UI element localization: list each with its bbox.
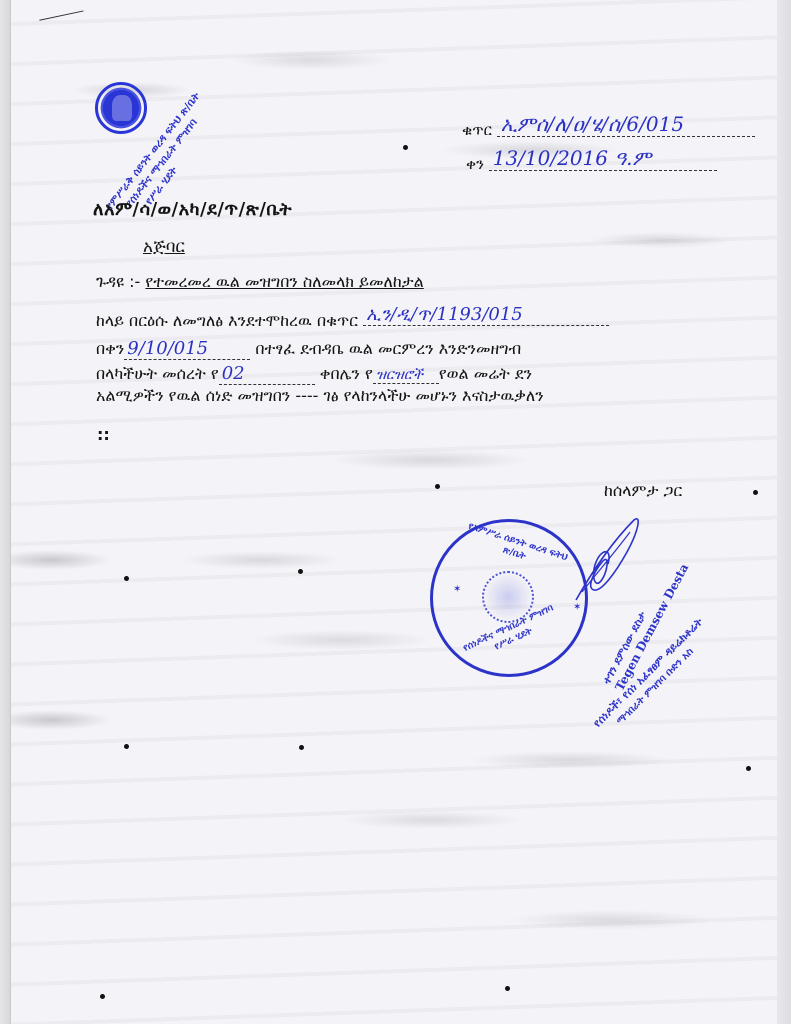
body-text: አልሚዎችን የዉል ሰነድ መዝግበን ---- ገፅ የላከንላችሁ መሆኑ… xyxy=(96,386,544,405)
scan-speck xyxy=(124,744,129,749)
subject-text: የተመረመረ ዉል መዝግበን ስለመላክ ይመለከታል xyxy=(145,272,423,291)
body-line-3: በላካችሁት መሰረት የ02 ቀበሌን የዝርዝሮችየወል መሬት ደን xyxy=(96,363,532,385)
seal-star-icon: ✶ xyxy=(453,584,461,595)
scan-mark xyxy=(39,10,85,30)
reference-letter-date: 9/10/015 xyxy=(124,338,250,360)
scan-speck xyxy=(124,576,129,581)
salutation: አጅባር xyxy=(143,237,185,257)
scan-speck xyxy=(505,986,510,991)
scan-speck xyxy=(298,569,303,574)
body-text: በተፃፈ ደብዳቤ ዉል መርምረን እንድንመዘግብ xyxy=(255,339,521,358)
reference-number-label: ቁጥር xyxy=(462,121,492,139)
kebele-name: ዝርዝሮች xyxy=(373,367,439,384)
body-text: ከላይ በርዕሱ ለመግለፅ እንደተሞከረዉ በቁጥር xyxy=(96,311,358,330)
body-text: በላካችሁት መሰረት የ xyxy=(96,364,219,383)
reference-date-value: 13/10/2016 ዓ.ም xyxy=(489,146,717,171)
scan-speck xyxy=(753,490,758,495)
body-line-4: አልሚዎችን የዉል ሰነድ መዝግበን ---- ገፅ የላከንላችሁ መሆኑ… xyxy=(96,386,544,406)
reference-date-label: ቀን xyxy=(466,155,484,173)
organization-logo-stamp xyxy=(95,82,147,134)
scan-speck xyxy=(746,766,751,771)
official-seal: የአምሥራ ሰይንት ወረዳ ፍትህ ጽ/ቤት የሰነዶችና ማኀበራት ምዝገ… xyxy=(430,519,588,677)
scan-speck xyxy=(299,745,304,750)
body-line-1: ከላይ በርዕሱ ለመግለፅ እንደተሞከረዉ በቁጥር ኢን/ዲ/ጥ/1193… xyxy=(96,310,609,332)
subject-line: ጉዳዩ :- የተመረመረ ዉል መዝግበን ስለመላክ ይመለከታል xyxy=(96,272,424,292)
scan-speck xyxy=(435,484,440,489)
body-text: የወል መሬት ደን xyxy=(439,364,532,383)
scan-speck xyxy=(403,145,408,150)
closing-greeting: ከሰላምታ ጋር xyxy=(604,481,682,501)
reference-letter-number: ኢን/ዲ/ጥ/1193/015 xyxy=(363,304,609,326)
reference-number-value: ኢምሰ/ለ/ዐ/ሄ/ሰ/6/015 xyxy=(497,112,755,137)
kebele-number: 02 xyxy=(219,363,315,385)
recipient-address: ለአም/ሳ/ወ/አካ/ደ/ጥ/ጽ/ቤት xyxy=(93,199,292,220)
body-line-2: በቀን9/10/015 በተፃፈ ደብዳቤ ዉል መርምረን እንድንመዘግብ xyxy=(96,338,521,360)
scan-edge-right xyxy=(777,0,791,1024)
body-text: በቀን xyxy=(96,339,124,358)
subject-label: ጉዳዩ :- xyxy=(96,272,140,291)
end-mark: :: xyxy=(97,425,110,444)
body-text: ቀበሌን የ xyxy=(320,364,373,383)
reference-number-row: ቁጥር ኢምሰ/ለ/ዐ/ሄ/ሰ/6/015 xyxy=(462,116,755,141)
reference-date-row: ቀን 13/10/2016 ዓ.ም xyxy=(466,150,717,175)
signature xyxy=(572,512,642,607)
scan-speck xyxy=(100,994,105,999)
scan-edge xyxy=(0,0,10,1024)
